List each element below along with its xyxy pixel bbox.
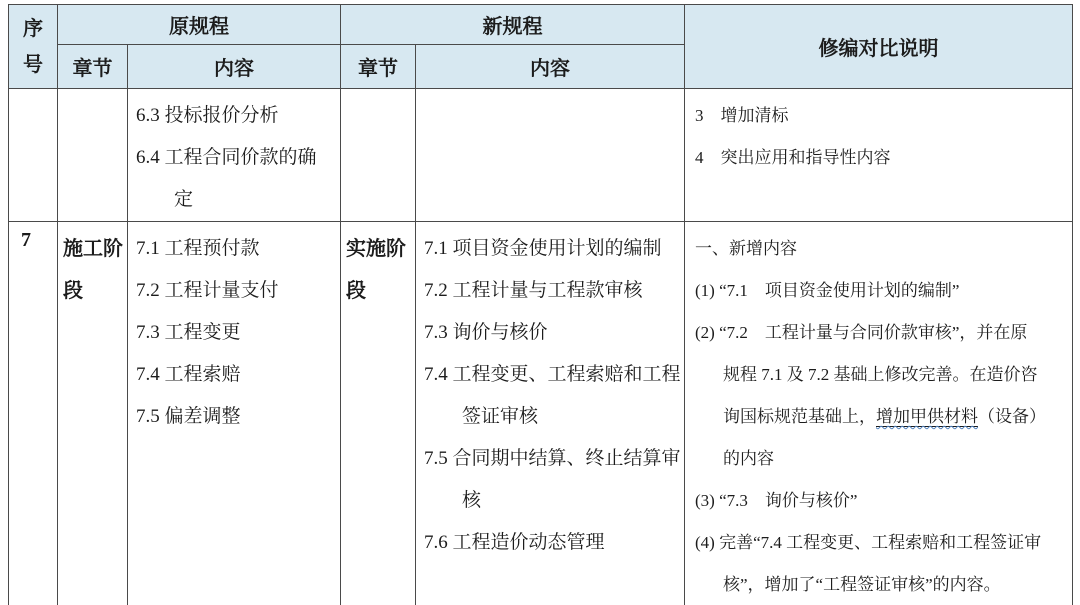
- note-item: (1) “7.1 项目资金使用计划的编制”: [695, 270, 1068, 312]
- list-item: 7.5 偏差调整: [136, 396, 338, 438]
- header-new-chapter: 章节: [341, 45, 416, 89]
- note-item: 一、新增内容: [695, 228, 1068, 270]
- cell-new-chapter: [341, 89, 416, 222]
- cell-revision-notes: 3 增加清标 4 突出应用和指导性内容: [685, 89, 1073, 222]
- header-new-regulation: 新规程: [341, 5, 685, 45]
- cell-original-chapter: 施工阶 段: [58, 222, 128, 605]
- cell-original-content: 7.1 工程预付款 7.2 工程计量支付 7.3 工程变更 7.4 工程索赔 7…: [128, 222, 341, 605]
- header-revision-comparison-notes: 修编对比说明: [685, 5, 1073, 89]
- cell-new-content: 7.1 项目资金使用计划的编制 7.2 工程计量与工程款审核 7.3 询价与核价…: [416, 222, 685, 605]
- list-item: 6.4 工程合同价款的确 定: [136, 137, 338, 221]
- header-original-regulation: 原规程: [58, 5, 341, 45]
- note-item: (4) 完善“7.4 工程变更、工程索赔和工程签证审 核”，增加了“工程签证审核…: [695, 522, 1068, 605]
- note-item: 4 突出应用和指导性内容: [695, 137, 1068, 179]
- cell-serial: [9, 89, 58, 222]
- list-item: 7.1 项目资金使用计划的编制: [424, 228, 682, 270]
- header-serial-number: 序 号: [9, 5, 58, 89]
- list-item: 7.6 工程造价动态管理: [424, 522, 682, 564]
- header-new-content: 内容: [416, 45, 685, 89]
- list-item: 7.2 工程计量与工程款审核: [424, 270, 682, 312]
- list-item: 7.3 工程变更: [136, 312, 338, 354]
- list-item: 6.3 投标报价分析: [136, 95, 338, 137]
- wavy-underline-text: 增加甲供材料: [876, 407, 978, 426]
- table-row-construction-stage: 7 施工阶 段 7.1 工程预付款 7.2 工程计量支付 7.3 工程变更 7.…: [9, 222, 1073, 605]
- list-item: 7.3 询价与核价: [424, 312, 682, 354]
- table-row-continuation: 6.3 投标报价分析 6.4 工程合同价款的确 定 3 增加清标 4 突出应用和…: [9, 89, 1073, 222]
- regulation-comparison-table: 序 号 原规程 新规程 修编对比说明 章节 内容 章节 内容 6.3 投标报价分…: [8, 4, 1073, 605]
- note-item: 3 增加清标: [695, 95, 1068, 137]
- underlined-phrase: 增加甲供材料: [876, 407, 978, 427]
- list-item: 7.5 合同期中结算、终止结算审 核: [424, 438, 682, 522]
- cell-original-content: 6.3 投标报价分析 6.4 工程合同价款的确 定: [128, 89, 341, 222]
- note-item: (3) “7.3 询价与核价”: [695, 480, 1068, 522]
- list-item: 7.1 工程预付款: [136, 228, 338, 270]
- list-item: 7.4 工程索赔: [136, 354, 338, 396]
- note-item: (2) “7.2 工程计量与合同价款审核”，并在原 规程 7.1 及 7.2 基…: [695, 312, 1068, 480]
- header-original-content: 内容: [128, 45, 341, 89]
- header-row-1: 序 号 原规程 新规程 修编对比说明: [9, 5, 1073, 45]
- list-item: 7.4 工程变更、工程索赔和工程 签证审核: [424, 354, 682, 438]
- cell-new-content: [416, 89, 685, 222]
- cell-original-chapter: [58, 89, 128, 222]
- header-original-chapter: 章节: [58, 45, 128, 89]
- document-page: 序 号 原规程 新规程 修编对比说明 章节 内容 章节 内容 6.3 投标报价分…: [0, 4, 1080, 605]
- cell-revision-notes: 一、新增内容 (1) “7.1 项目资金使用计划的编制” (2) “7.2 工程…: [685, 222, 1073, 605]
- cell-serial: 7: [9, 222, 58, 605]
- cell-new-chapter: 实施阶 段: [341, 222, 416, 605]
- list-item: 7.2 工程计量支付: [136, 270, 338, 312]
